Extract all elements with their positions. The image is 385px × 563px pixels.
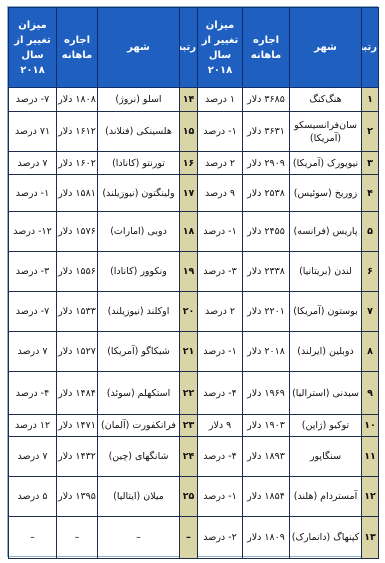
table-row: ۶ لندن (بریتانیا) ۲۳۳۸ دلار ۳- درصد ۱۹ و… (9, 252, 379, 292)
city-cell: سنگاپور (290, 437, 362, 477)
change-cell: ۱۲- درصد (9, 212, 57, 252)
header-change-right: میزان تغییر از سال ۲۰۱۸ (198, 8, 243, 88)
change-cell: ۹ درصد (198, 175, 243, 212)
table-row: ۱۱ سنگاپور ۱۸۹۳ دلار ۴- درصد ۲۴ شانگهای … (9, 437, 379, 477)
rent-cell: ۱۵۵۶ دلار (57, 252, 98, 292)
city-cell: اوکلند (نیوزیلند) (98, 292, 180, 332)
rent-cell: ۱۸۹۳ دلار (243, 437, 290, 477)
change-cell: ۷ درصد (9, 152, 57, 175)
city-cell: توکیو (ژاپن) (290, 415, 362, 437)
rent-cell: ۱۹۶۹ دلار (243, 372, 290, 415)
city-cell: شیکاگو (آمریکا) (98, 332, 180, 372)
city-cell: لندن (بریتانیا) (290, 252, 362, 292)
rank-cell: ۷ (362, 292, 379, 332)
rank-cell: ۸ (362, 332, 379, 372)
rank-cell: ۱۴ (180, 88, 198, 112)
rent-cell: ۱۴۸۴ دلار (57, 372, 98, 415)
rank-cell: ۱۵ (180, 112, 198, 152)
change-cell: – (9, 517, 57, 559)
rank-cell: – (180, 517, 198, 559)
rent-cell: ۲۹۰۹ دلار (243, 152, 290, 175)
city-cell: نیویورک (آمریکا) (290, 152, 362, 175)
city-cell: سیدنی (استرالیا) (290, 372, 362, 415)
rent-cell: ۱۵۲۷ دلار (57, 332, 98, 372)
rank-cell: ۱۲ (362, 477, 379, 517)
rent-cell: ۱۵۷۶ دلار (57, 212, 98, 252)
header-city-right: شهر (290, 8, 362, 88)
rank-cell: ۱۳ (362, 517, 379, 559)
city-cell: استکهلم (سوئد) (98, 372, 180, 415)
rent-cell: ۱۳۹۵ دلار (57, 477, 98, 517)
rent-cell: ۱۹۰۳ دلار (243, 415, 290, 437)
change-cell: ۱- درصد (198, 212, 243, 252)
header-change-left: میزان تغییر از سال ۲۰۱۸ (9, 8, 57, 88)
rank-cell: ۱۸ (180, 212, 198, 252)
rank-cell: ۵ (362, 212, 379, 252)
city-cell: هلسینکی (فنلاند) (98, 112, 180, 152)
rent-cell: ۳۶۸۵ دلار (243, 88, 290, 112)
rent-ranking-table: رتبه شهر اجاره ماهانه میزان تغییر از سال… (8, 7, 379, 559)
city-cell: میلان (ایتالیا) (98, 477, 180, 517)
rank-cell: ۲۱ (180, 332, 198, 372)
change-cell: ۷ درصد (9, 437, 57, 477)
rent-cell: ۱۶۱۲ دلار (57, 112, 98, 152)
city-cell: فرانکفورت (آلمان) (98, 415, 180, 437)
change-cell: ۴- درصد (198, 372, 243, 415)
rent-cell: ۱۸۵۴ دلار (243, 477, 290, 517)
table-row: ۷ بوستون (آمریکا) ۲۲۰۱ دلار ۲ درصد ۲۰ او… (9, 292, 379, 332)
rent-cell: – (57, 517, 98, 559)
table-row: ۲ سان‌فرانسیسکو (آمریکا) ۳۶۳۱ دلار ۱- در… (9, 112, 379, 152)
header-rent-left: اجاره ماهانه (57, 8, 98, 88)
rank-cell: ۴ (362, 175, 379, 212)
rank-cell: ۱۶ (180, 152, 198, 175)
table-row: ۳ نیویورک (آمریکا) ۲۹۰۹ دلار ۲ درصد ۱۶ ت… (9, 152, 379, 175)
change-cell: ۱- درصد (198, 112, 243, 152)
city-cell: آمستردام (هلند) (290, 477, 362, 517)
rank-cell: ۲۲ (180, 372, 198, 415)
rank-cell: ۶ (362, 252, 379, 292)
city-cell: ونکوور (کانادا) (98, 252, 180, 292)
change-cell: ۴- درصد (9, 372, 57, 415)
rank-cell: ۱۷ (180, 175, 198, 212)
rank-cell: ۳ (362, 152, 379, 175)
rent-cell: ۱۴۳۲ دلار (57, 437, 98, 477)
city-cell: پاریس (فرانسه) (290, 212, 362, 252)
header-rank-right: رتبه (362, 8, 379, 88)
header-rank-left: رتبه (180, 8, 198, 88)
city-cell: ولینگتون (نیوزیلند) (98, 175, 180, 212)
city-cell: بوستون (آمریکا) (290, 292, 362, 332)
rent-cell: ۱۸۰۸ دلار (57, 88, 98, 112)
rank-cell: ۱۹ (180, 252, 198, 292)
table-row: ۱۲ آمستردام (هلند) ۱۸۵۴ دلار ۱- درصد ۲۵ … (9, 477, 379, 517)
rent-cell: ۱۴۷۱ دلار (57, 415, 98, 437)
rent-cell: ۱۵۳۳ دلار (57, 292, 98, 332)
change-cell: ۲- درصد (198, 517, 243, 559)
table-row: ۱ هنگ‌کنگ ۳۶۸۵ دلار ۱ درصد ۱۴ اسلو (نروژ… (9, 88, 379, 112)
change-cell: ۲ درصد (198, 152, 243, 175)
city-cell: اسلو (نروژ) (98, 88, 180, 112)
city-cell: تورنتو (کانادا) (98, 152, 180, 175)
city-cell: کپنهاگ (دانمارک) (290, 517, 362, 559)
table-row: ۱۰ توکیو (ژاپن) ۱۹۰۳ دلار ۹ دلار ۲۳ فران… (9, 415, 379, 437)
rent-cell: ۲۲۰۱ دلار (243, 292, 290, 332)
change-cell: ۷۱ درصد (9, 112, 57, 152)
change-cell: ۷- درصد (9, 88, 57, 112)
rent-cell: ۲۴۵۵ دلار (243, 212, 290, 252)
rank-cell: ۲۳ (180, 415, 198, 437)
change-cell: ۳- درصد (9, 252, 57, 292)
city-cell: زوریخ (سوئیس) (290, 175, 362, 212)
rent-cell: ۱۶۰۲ دلار (57, 152, 98, 175)
change-cell: ۷ درصد (9, 332, 57, 372)
table-row: ۵ پاریس (فرانسه) ۲۴۵۵ دلار ۱- درصد ۱۸ دو… (9, 212, 379, 252)
table-row: ۹ سیدنی (استرالیا) ۱۹۶۹ دلار ۴- درصد ۲۲ … (9, 372, 379, 415)
change-cell: ۴- درصد (198, 437, 243, 477)
change-cell: ۱- درصد (9, 175, 57, 212)
change-cell: ۹ دلار (198, 415, 243, 437)
rent-cell: ۱۵۸۱ دلار (57, 175, 98, 212)
header-city-left: شهر (98, 8, 180, 88)
change-cell: ۳- درصد (198, 252, 243, 292)
rent-cell: ۲۵۳۸ دلار (243, 175, 290, 212)
table-row: ۴ زوریخ (سوئیس) ۲۵۳۸ دلار ۹ درصد ۱۷ ولین… (9, 175, 379, 212)
rent-cell: ۲۰۱۸ دلار (243, 332, 290, 372)
rent-cell: ۱۸۰۹ دلار (243, 517, 290, 559)
rent-cell: ۲۳۳۸ دلار (243, 252, 290, 292)
change-cell: ۵ درصد (9, 477, 57, 517)
change-cell: ۱۲ درصد (9, 415, 57, 437)
header-rent-right: اجاره ماهانه (243, 8, 290, 88)
city-cell: – (98, 517, 180, 559)
header-row: رتبه شهر اجاره ماهانه میزان تغییر از سال… (9, 8, 379, 88)
rank-cell: ۱ (362, 88, 379, 112)
rent-cell: ۳۶۳۱ دلار (243, 112, 290, 152)
rank-cell: ۹ (362, 372, 379, 415)
change-cell: ۱ درصد (198, 88, 243, 112)
change-cell: ۲ درصد (198, 292, 243, 332)
city-cell: هنگ‌کنگ (290, 88, 362, 112)
city-cell: دوبی (امارات) (98, 212, 180, 252)
rank-cell: ۲۵ (180, 477, 198, 517)
city-cell: دوبلین (ایرلند) (290, 332, 362, 372)
city-cell: سان‌فرانسیسکو (آمریکا) (290, 112, 362, 152)
change-cell: ۷- درصد (9, 292, 57, 332)
rank-cell: ۲۰ (180, 292, 198, 332)
change-cell: ۱- درصد (198, 477, 243, 517)
rank-cell: ۲ (362, 112, 379, 152)
change-cell: ۱- درصد (198, 332, 243, 372)
rank-cell: ۱۰ (362, 415, 379, 437)
city-cell: شانگهای (چین) (98, 437, 180, 477)
table-row: ۸ دوبلین (ایرلند) ۲۰۱۸ دلار ۱- درصد ۲۱ ش… (9, 332, 379, 372)
rank-cell: ۱۱ (362, 437, 379, 477)
rank-cell: ۲۴ (180, 437, 198, 477)
table-row: ۱۳ کپنهاگ (دانمارک) ۱۸۰۹ دلار ۲- درصد – … (9, 517, 379, 559)
